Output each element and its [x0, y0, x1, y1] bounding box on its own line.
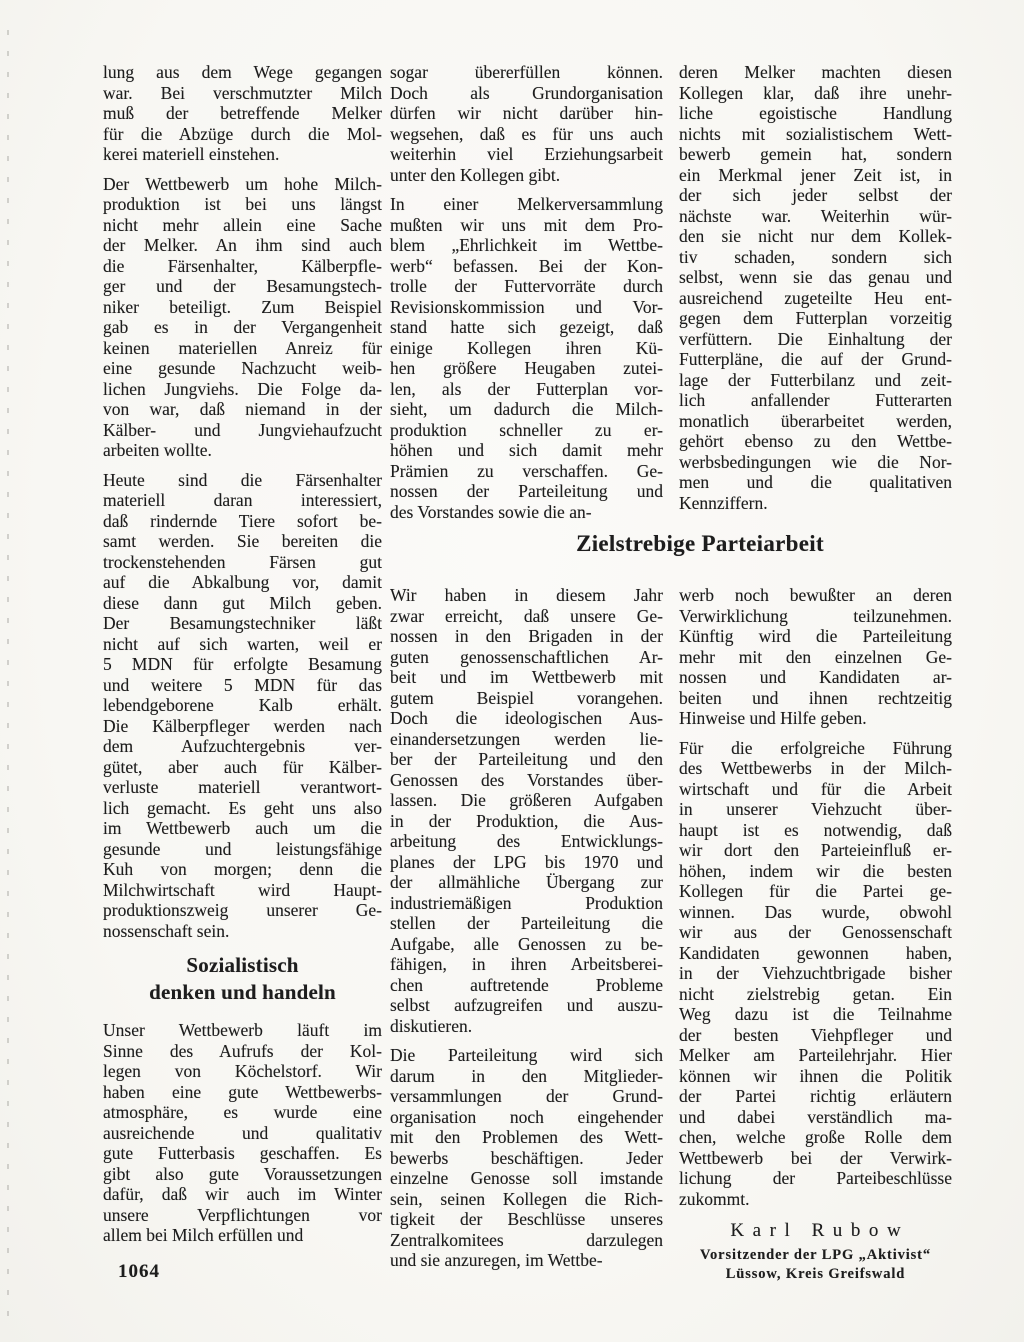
text-line: planes der LPG bis 1970 und — [390, 852, 663, 873]
text-line: Die Kälberpfleger werden nach — [103, 716, 382, 737]
text-line: allem bei Milch erfüllen und — [103, 1225, 382, 1246]
text-line: gesunde und leistungsfähige — [103, 839, 382, 860]
text-line: ber der Parteileitung und den — [390, 749, 663, 770]
text-line: Aufgabe, alle Genossen zu be- — [390, 934, 663, 955]
text-line: von war, daß niemand in der — [103, 399, 382, 420]
signature-role: Vorsitzender der LPG „Aktivist“ — [679, 1246, 952, 1265]
text-line: nichts mit sozialistischem Wett- — [679, 124, 952, 145]
text-line: lichen Jungviehs. Die Folge da- — [103, 379, 382, 400]
text-line: Wir haben in diesem Jahr — [390, 585, 663, 606]
text-line: guten genossenschaftlichen Ar- — [390, 647, 663, 668]
text-line: nicht zielstrebig getan. Ein — [679, 984, 952, 1005]
text-line: industriemäßigen Produktion — [390, 893, 663, 914]
text-line: winnen. Das wurde, obwohl — [679, 902, 952, 923]
text-line: lich gemacht. Es geht uns also — [103, 798, 382, 819]
text-line: lassen. Die größeren Aufgaben — [390, 790, 663, 811]
text-line: arbeiten wollte. — [103, 440, 382, 461]
text-line: einige Kollegen ihren Kü- — [390, 338, 663, 359]
text-line: Hinweise und Hilfe geben. — [679, 708, 952, 729]
signature-block: Karl Rubow Vorsitzender der LPG „Aktivis… — [679, 1218, 952, 1284]
text-line: versammlungen der Grund- — [390, 1086, 663, 1107]
text-line: Der Wettbewerb um hohe Milch- — [103, 174, 382, 195]
text-line: chen auftretende Probleme — [390, 975, 663, 996]
text-line: men und die qualitativen — [679, 472, 952, 493]
text-line: Melker am Parteilehrjahr. Hier — [679, 1045, 952, 1066]
perforation-marks — [7, 30, 9, 1332]
text-line: werbsbedingungen wie die Nor- — [679, 452, 952, 473]
text-line: darum in den Mitglieder- — [390, 1066, 663, 1087]
paragraph: Unser Wettbewerb läuft imSinne des Aufru… — [103, 1020, 382, 1246]
text-line: organisation noch eingehender — [390, 1107, 663, 1128]
text-line: sein, seinen Kollegen die Rich- — [390, 1189, 663, 1210]
column-2-lower: Wir haben in diesem Jahrzwar erreicht, d… — [390, 585, 663, 1280]
text-line: dem Aufzuchtergebnis ver- — [103, 736, 382, 757]
paragraph: In einer Melkerversammlungmußten wir uns… — [390, 194, 663, 522]
text-line: dürfen wir nicht darüber hin- — [390, 103, 663, 124]
text-line: lage der Futterbilanz und zeit- — [679, 370, 952, 391]
text-line: beiten und ihnen rechtzeitig — [679, 688, 952, 709]
text-line: samt werden. Sie bereiten die — [103, 531, 382, 552]
text-line: fähigen, in ihren Arbeitsberei- — [390, 954, 663, 975]
text-line: weiterhin viel Erziehungsarbeit — [390, 144, 663, 165]
text-line: muß der betreffende Melker — [103, 103, 382, 124]
column-2-upper: sogar übererfüllen können.Doch als Grund… — [390, 62, 663, 531]
text-line: ger und der Besamungstech- — [103, 276, 382, 297]
text-line: des Vorstandes sowie die an- — [390, 502, 663, 523]
text-line: war. Bei verschmutzter Milch — [103, 83, 382, 104]
text-line: hen größere Heugaben zutei- — [390, 358, 663, 379]
text-line: Kennziffern. — [679, 493, 952, 514]
text-line: Zentralkomitees darzulegen — [390, 1230, 663, 1251]
text-line: Der Besamungstechniker läßt — [103, 613, 382, 634]
text-line: legen von Köchelstorf. Wir — [103, 1061, 382, 1082]
text-line: werb“ befassen. Bei der Kon- — [390, 256, 663, 277]
text-line: materiell daran interessiert, — [103, 490, 382, 511]
text-line: in der Produktion, die Aus- — [390, 811, 663, 832]
text-line: nossen in den Brigaden in der — [390, 626, 663, 647]
text-line: lich anfallender Futterarten — [679, 390, 952, 411]
text-line: lichung der Parteibeschlüsse — [679, 1168, 952, 1189]
text-line: der allmähliche Übergang zur — [390, 872, 663, 893]
text-line: einzelne Genosse soll imstande — [390, 1168, 663, 1189]
text-line: In einer Melkerversammlung — [390, 194, 663, 215]
text-line: Doch die ideologischen Aus- — [390, 708, 663, 729]
paragraph: Die Parteileitung wird sichdarum in den … — [390, 1045, 663, 1271]
text-line: selbst, wenn sie das genau und — [679, 267, 952, 288]
text-line: dafür, daß wir auch im Winter — [103, 1184, 382, 1205]
text-line: nossenschaft sein. — [103, 921, 382, 942]
text-line: trolle der Futtervorräte durch — [390, 276, 663, 297]
signature-name: Karl Rubow — [679, 1218, 952, 1243]
scanned-page: lung aus dem Wege gegangenwar. Bei versc… — [0, 0, 1024, 1342]
text-line: bewerb gemein hat, sondern — [679, 144, 952, 165]
text-line: Heute sind die Färsenhalter — [103, 470, 382, 491]
text-line: die Färsenhalter, Kälberpfle- — [103, 256, 382, 277]
text-line: stand hatte sich gezeigt, daß — [390, 317, 663, 338]
text-line: Prämien zu verschaffen. Ge- — [390, 461, 663, 482]
text-line: verluste materiell verantwort- — [103, 777, 382, 798]
text-line: arbeitung des Entwicklungs- — [390, 831, 663, 852]
page-number: 1064 — [118, 1261, 160, 1283]
section-heading-zielstrebige-parteiarbeit: Zielstrebige Parteiarbeit — [400, 530, 1000, 558]
text-line: beit und im Wettbewerb mit — [390, 667, 663, 688]
text-line: gibt also gute Voraussetzungen — [103, 1164, 382, 1185]
text-line: diskutieren. — [390, 1016, 663, 1037]
text-line: des Wettbewerbs in der Milch- — [679, 758, 952, 779]
text-line: gehört ebenso zu den Wettbe- — [679, 431, 952, 452]
paragraph: Für die erfolgreiche Führungdes Wettbewe… — [679, 738, 952, 1210]
text-line: Genossen des Vorstandes über- — [390, 770, 663, 791]
text-line: Wettbewerb bei der Verwirk- — [679, 1148, 952, 1169]
text-line: mußten wir uns mit dem Pro- — [390, 215, 663, 236]
text-line: atmosphäre, es wurde eine — [103, 1102, 382, 1123]
column-3-lower: werb noch bewußter an derenVerwirklichun… — [679, 585, 952, 1284]
text-line: ausreichende und qualitativ — [103, 1123, 382, 1144]
text-line: und dabei verständlich ma- — [679, 1107, 952, 1128]
text-line: nossen und Kandidaten ar- — [679, 667, 952, 688]
text-line: selbst aufzugreifen und auszu- — [390, 995, 663, 1016]
text-line: gute Futterbasis geschaffen. Es — [103, 1143, 382, 1164]
text-line: Doch als Grundorganisation — [390, 83, 663, 104]
text-line: blem „Ehrlichkeit im Wettbe- — [390, 235, 663, 256]
text-line: gab es in der Vergangenheit — [103, 317, 382, 338]
text-line: bewerbs beschäftigen. Jeder — [390, 1148, 663, 1169]
text-line: produktion schneller zu er- — [390, 420, 663, 441]
text-line: gegen dem Futterplan vorzeitig — [679, 308, 952, 329]
text-line: sogar übererfüllen können. — [390, 62, 663, 83]
text-line: tiv schaden, sondern sich — [679, 247, 952, 268]
text-line: 5 MDN für erfolgte Besamung — [103, 654, 382, 675]
text-line: höhen und sich damit mehr — [390, 440, 663, 461]
text-line: wir aus der Genossenschaft — [679, 922, 952, 943]
text-line: zukommt. — [679, 1189, 952, 1210]
text-line: lebendgeborene Kalb erhält. — [103, 695, 382, 716]
text-line: höhen, indem wir die besten — [679, 861, 952, 882]
text-line: und sie anzuregen, im Wettbe- — [390, 1250, 663, 1271]
text-line: gütet, aber auch für Kälber- — [103, 757, 382, 778]
text-line: Revisionskommission und Vor- — [390, 297, 663, 318]
text-line: einandersetzungen werden lie- — [390, 729, 663, 750]
paragraph: Heute sind die Färsenhaltermateriell dar… — [103, 470, 382, 942]
text-line: kerei materiell einstehen. — [103, 144, 382, 165]
text-line: werb noch bewußter an deren — [679, 585, 952, 606]
text-line: Unser Wettbewerb läuft im — [103, 1020, 382, 1041]
paragraph: Wir haben in diesem Jahrzwar erreicht, d… — [390, 585, 663, 1036]
text-line: der Melker. An ihm sind auch — [103, 235, 382, 256]
paragraph: deren Melker machten diesenKollegen klar… — [679, 62, 952, 513]
text-line: Futterpläne, die auf der Grund- — [679, 349, 952, 370]
text-line: lung aus dem Wege gegangen — [103, 62, 382, 83]
text-line: der sich jeder selbst der — [679, 185, 952, 206]
text-line: Kälber- und Jungviehaufzucht — [103, 420, 382, 441]
text-line: den sie nicht nur dem Kollek- — [679, 226, 952, 247]
text-line: Kandidaten gewonnen haben, — [679, 943, 952, 964]
text-line: und weitere 5 MDN für das — [103, 675, 382, 696]
text-line: wegsehen, daß es für uns auch — [390, 124, 663, 145]
text-line: nicht auf sich warten, weil er — [103, 634, 382, 655]
text-line: Milchwirtschaft wird Haupt- — [103, 880, 382, 901]
text-line: gutem Beispiel vorangehen. — [390, 688, 663, 709]
text-line: keinen materiellen Anreiz für — [103, 338, 382, 359]
text-line: diese dann gut Milch geben. — [103, 593, 382, 614]
text-line: wir dort den Parteieinfluß er- — [679, 840, 952, 861]
paragraph: sogar übererfüllen können.Doch als Grund… — [390, 62, 663, 185]
section-heading-sozialistisch: Sozialistisch denken und handeln — [103, 952, 382, 1006]
column-1: lung aus dem Wege gegangenwar. Bei versc… — [103, 62, 382, 1255]
text-line: eine gesunde Nachzucht weib- — [103, 358, 382, 379]
text-line: sieht, um dadurch die Milch- — [390, 399, 663, 420]
text-line: unsere Verpflichtungen vor — [103, 1205, 382, 1226]
text-line: auf die Abkalbung vor, damit — [103, 572, 382, 593]
text-line: haben eine gute Wettbewerbs- — [103, 1082, 382, 1103]
text-line: Weg dazu ist die Teilnahme — [679, 1004, 952, 1025]
text-line: stellen der Parteileitung die — [390, 913, 663, 934]
text-line: Kollegen für die Partei ge- — [679, 881, 952, 902]
text-line: deren Melker machten diesen — [679, 62, 952, 83]
text-line: wirtschaft und für die Arbeit — [679, 779, 952, 800]
text-line: verfüttern. Die Einhaltung der — [679, 329, 952, 350]
text-line: können wir ihnen die Politik — [679, 1066, 952, 1087]
text-line: liche egoistische Handlung — [679, 103, 952, 124]
text-line: zwar erreicht, daß unsere Ge- — [390, 606, 663, 627]
text-line: Kuh von morgen; denn die — [103, 859, 382, 880]
text-line: im Wettbewerb auch um die — [103, 818, 382, 839]
text-line: trockenstehenden Färsen gut — [103, 552, 382, 573]
text-line: Verwirklichung teilzunehmen. — [679, 606, 952, 627]
text-line: mehr mit den einzelnen Ge- — [679, 647, 952, 668]
text-line: haupt ist es notwendig, daß — [679, 820, 952, 841]
text-line: chen, welche große Rolle dem — [679, 1127, 952, 1148]
paragraph: Der Wettbewerb um hohe Milch-produktion … — [103, 174, 382, 461]
text-line: tigkeit der Beschlüsse unseres — [390, 1209, 663, 1230]
text-line: Sinne des Aufrufs der Kol- — [103, 1041, 382, 1062]
signature-place: Lüssow, Kreis Greifswald — [679, 1265, 952, 1284]
text-line: monatlich überarbeitet werden, — [679, 411, 952, 432]
text-line: in der Viehzuchtbrigade bisher — [679, 963, 952, 984]
text-line: in unserer Viehzucht über- — [679, 799, 952, 820]
text-line: mit den Problemen des Wett- — [390, 1127, 663, 1148]
text-line: Künftig wird die Parteileitung — [679, 626, 952, 647]
text-line: produktionszweig unserer Ge- — [103, 900, 382, 921]
text-line: nossen der Parteileitung und — [390, 481, 663, 502]
text-line: unter den Kollegen gibt. — [390, 165, 663, 186]
text-line: daß rindernde Tiere sofort be- — [103, 511, 382, 532]
text-line: produktion ist bei uns längst — [103, 194, 382, 215]
text-line: Für die erfolgreiche Führung — [679, 738, 952, 759]
text-line: ein Merkmal jener Zeit ist, in — [679, 165, 952, 186]
text-line: der besten Viehpfleger und — [679, 1025, 952, 1046]
text-line: für die Abzüge durch die Mol- — [103, 124, 382, 145]
text-line: nächste war. Weiterhin wür- — [679, 206, 952, 227]
text-line: der Partei richtig erläutern — [679, 1086, 952, 1107]
paragraph: lung aus dem Wege gegangenwar. Bei versc… — [103, 62, 382, 165]
text-line: niker beteiligt. Zum Beispiel — [103, 297, 382, 318]
text-line: ausreichend zugeteilte Heu ent- — [679, 288, 952, 309]
text-line: Die Parteileitung wird sich — [390, 1045, 663, 1066]
paragraph: werb noch bewußter an derenVerwirklichun… — [679, 585, 952, 729]
column-3-upper: deren Melker machten diesenKollegen klar… — [679, 62, 952, 522]
text-line: Kollegen klar, daß ihre unehr- — [679, 83, 952, 104]
text-line: nicht mehr allein eine Sache — [103, 215, 382, 236]
text-line: len, als der Futterplan vor- — [390, 379, 663, 400]
